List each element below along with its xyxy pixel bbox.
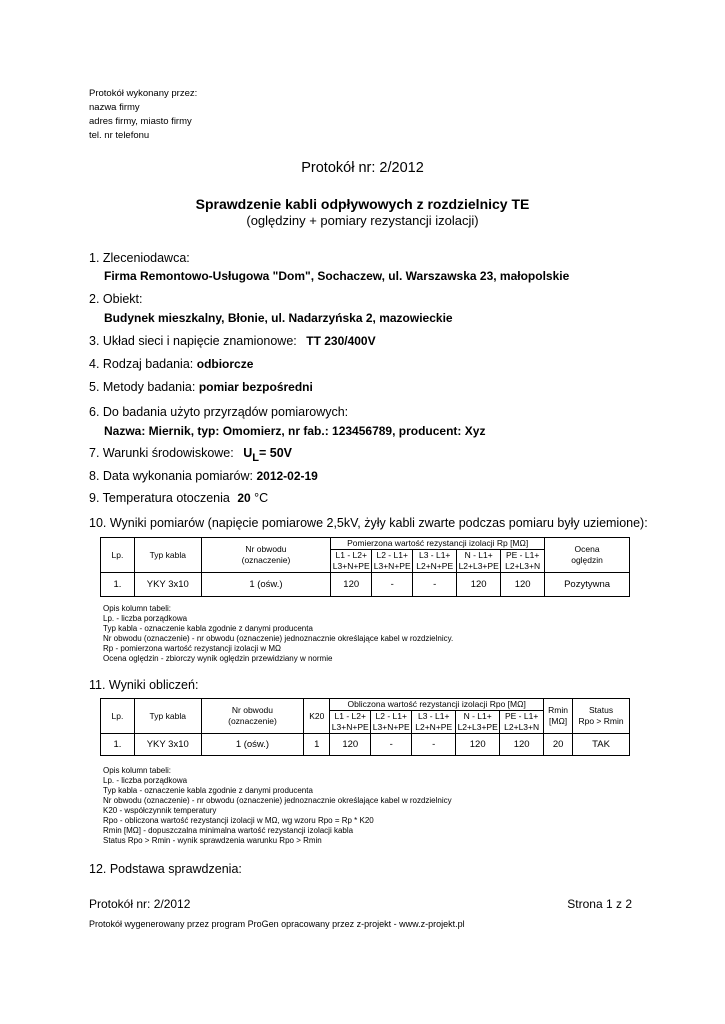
item-conditions-value: = 50V xyxy=(259,446,292,460)
header-line: adres firmy, miasto firmy xyxy=(89,115,197,129)
item-conditions-sub: L xyxy=(252,452,259,464)
header-l3: L3 - L1+L2+N+PE xyxy=(413,550,457,573)
header-calculated-group: Obliczona wartość rezystancji izolacji R… xyxy=(330,699,544,711)
cell-cable-type: YKY 3x10 xyxy=(134,734,201,756)
note-line: Nr obwodu (oznaczenie) - nr obwodu (ozna… xyxy=(103,796,452,806)
item-results-label: 10. Wyniki pomiarów (napięcie pomiarowe … xyxy=(89,516,648,530)
item-instruments-label: 6. Do badania użyto przyrządów pomiarowy… xyxy=(89,405,348,419)
cell-lp: 1. xyxy=(101,734,135,756)
header-measured-group: Pomierzona wartość rezystancji izolacji … xyxy=(331,538,545,550)
header-inspection: Ocenaoględzin xyxy=(545,538,630,573)
cell-l3: - xyxy=(413,573,457,597)
item-method-label: 5. Metody badania: xyxy=(89,380,195,394)
cell-n: 120 xyxy=(456,734,500,756)
item-temperature-label: 9. Temperatura otoczenia xyxy=(89,491,230,505)
item-calc-label: 11. Wyniki obliczeń: xyxy=(89,678,198,692)
cell-l1: 120 xyxy=(330,734,371,756)
header-n: N - L1+L2+L3+PE xyxy=(457,550,501,573)
item-temperature: 9. Temperatura otoczenia 20 °C xyxy=(89,491,268,505)
note-line: K20 - współczynnik temperatury xyxy=(103,806,452,816)
header-circuit: Nr obwodu(oznaczenie) xyxy=(201,699,304,734)
item-date-value: 2012-02-19 xyxy=(256,469,317,483)
header-lp: Lp. xyxy=(101,699,135,734)
note-line: Status Rpo > Rmin - wynik sprawdzenia wa… xyxy=(103,836,452,846)
note-line: Opis kolumn tabeli: xyxy=(103,766,452,776)
item-test-type: 4. Rodzaj badania: odbiorcze xyxy=(89,357,253,371)
footer-generated: Protokół wygenerowany przez program ProG… xyxy=(89,919,465,929)
item-object-label: 2. Obiekt: xyxy=(89,292,143,306)
note-line: Rp - pomierzona wartość rezystancji izol… xyxy=(103,644,453,654)
item-date: 8. Data wykonania pomiarów: 2012-02-19 xyxy=(89,469,318,483)
header-k20: K20 xyxy=(304,699,330,734)
item-conditions-u: U xyxy=(243,446,252,460)
item-method: 5. Metody badania: pomiar bezpośredni xyxy=(89,380,313,394)
item-network-label: 3. Układ sieci i napięcie znamionowe: xyxy=(89,334,297,348)
header-pe: PE - L1+L2+L3+N xyxy=(501,550,545,573)
item-temperature-unit: °C xyxy=(254,491,268,505)
cell-circuit: 1 (ośw.) xyxy=(201,573,331,597)
item-client-label: 1. Zleceniodawca: xyxy=(89,251,190,265)
note-line: Typ kabla - oznaczenie kabla zgodnie z d… xyxy=(103,624,453,634)
company-header: Protokół wykonany przez: nazwa firmy adr… xyxy=(89,87,197,143)
item-conditions: 7. Warunki środowiskowe: UL= 50V xyxy=(89,446,292,464)
cell-pe: 120 xyxy=(500,734,544,756)
cell-n: 120 xyxy=(457,573,501,597)
cell-k20: 1 xyxy=(304,734,330,756)
header-line: Protokół wykonany przez: xyxy=(89,87,197,101)
item-date-label: 8. Data wykonania pomiarów: xyxy=(89,469,253,483)
item-test-type-label: 4. Rodzaj badania: xyxy=(89,357,193,371)
note-line: Opis kolumn tabeli: xyxy=(103,604,453,614)
table-row: 1. YKY 3x10 1 (ośw.) 1 120 - - 120 120 2… xyxy=(101,734,630,756)
note-line: Lp. - liczba porządkowa xyxy=(103,614,453,624)
cell-circuit: 1 (ośw.) xyxy=(201,734,304,756)
item-client-value: Firma Remontowo-Usługowa "Dom", Sochacze… xyxy=(104,269,569,283)
header-l1: L1 - L2+L3+N+PE xyxy=(330,711,371,734)
note-line: Lp. - liczba porządkowa xyxy=(103,776,452,786)
note-line: Ocena oględzin - zbiorczy wynik oględzin… xyxy=(103,654,453,664)
item-network-value: TT 230/400V xyxy=(306,334,375,348)
table2-notes: Opis kolumn tabeli: Lp. - liczba porządk… xyxy=(103,766,452,846)
item-temperature-value: 20 xyxy=(237,491,250,505)
footer-protocol: Protokół nr: 2/2012 xyxy=(89,897,190,911)
header-l1: L1 - L2+L3+N+PE xyxy=(331,550,372,573)
header-l3: L3 - L1+L2+N+PE xyxy=(412,711,456,734)
calculation-table: Lp. Typ kabla Nr obwodu(oznaczenie) K20 … xyxy=(100,698,630,756)
cell-l2: - xyxy=(371,734,412,756)
header-l2: L2 - L1+L3+N+PE xyxy=(372,550,413,573)
item-basis-label: 12. Podstawa sprawdzenia: xyxy=(89,862,242,876)
note-line: Rpo - obliczona wartość rezystancji izol… xyxy=(103,816,452,826)
cell-l2: - xyxy=(372,573,413,597)
header-cable-type: Typ kabla xyxy=(134,699,201,734)
header-rmin: Rmin[MΩ] xyxy=(544,699,573,734)
header-circuit: Nr obwodu(oznaczenie) xyxy=(201,538,331,573)
cell-l3: - xyxy=(412,734,456,756)
item-object-value: Budynek mieszkalny, Błonie, ul. Nadarzyń… xyxy=(104,311,453,325)
table1-notes: Opis kolumn tabeli: Lp. - liczba porządk… xyxy=(103,604,453,664)
note-line: Rmin [MΩ] - dopuszczalna minimalna warto… xyxy=(103,826,452,836)
footer-page: Strona 1 z 2 xyxy=(567,897,632,911)
document-subtitle: (oględziny + pomiary rezystancji izolacj… xyxy=(0,213,725,228)
cell-lp: 1. xyxy=(101,573,135,597)
protocol-number: Protokół nr: 2/2012 xyxy=(0,160,725,176)
document-title: Sprawdzenie kabli odpływowych z rozdziel… xyxy=(0,196,725,212)
header-line: tel. nr telefonu xyxy=(89,129,197,143)
cell-rmin: 20 xyxy=(544,734,573,756)
header-n: N - L1+L2+L3+PE xyxy=(456,711,500,734)
cell-status: TAK xyxy=(573,734,630,756)
header-lp: Lp. xyxy=(101,538,135,573)
item-network: 3. Układ sieci i napięcie znamionowe: TT… xyxy=(89,334,376,348)
measurement-table: Lp. Typ kabla Nr obwodu(oznaczenie) Pomi… xyxy=(100,537,630,597)
item-conditions-label: 7. Warunki środowiskowe: xyxy=(89,446,234,460)
header-l2: L2 - L1+L3+N+PE xyxy=(371,711,412,734)
item-instruments-value: Nazwa: Miernik, typ: Omomierz, nr fab.: … xyxy=(104,424,485,438)
table-row: 1. YKY 3x10 1 (ośw.) 120 - - 120 120 Poz… xyxy=(101,573,630,597)
item-method-value: pomiar bezpośredni xyxy=(199,380,313,394)
header-cable-type: Typ kabla xyxy=(134,538,201,573)
note-line: Typ kabla - oznaczenie kabla zgodnie z d… xyxy=(103,786,452,796)
header-line: nazwa firmy xyxy=(89,101,197,115)
header-status: StatusRpo > Rmin xyxy=(573,699,630,734)
cell-cable-type: YKY 3x10 xyxy=(134,573,201,597)
note-line: Nr obwodu (oznaczenie) - nr obwodu (ozna… xyxy=(103,634,453,644)
cell-l1: 120 xyxy=(331,573,372,597)
header-pe: PE - L1+L2+L3+N xyxy=(500,711,544,734)
cell-inspection: Pozytywna xyxy=(545,573,630,597)
cell-pe: 120 xyxy=(501,573,545,597)
item-test-type-value: odbiorcze xyxy=(197,357,254,371)
